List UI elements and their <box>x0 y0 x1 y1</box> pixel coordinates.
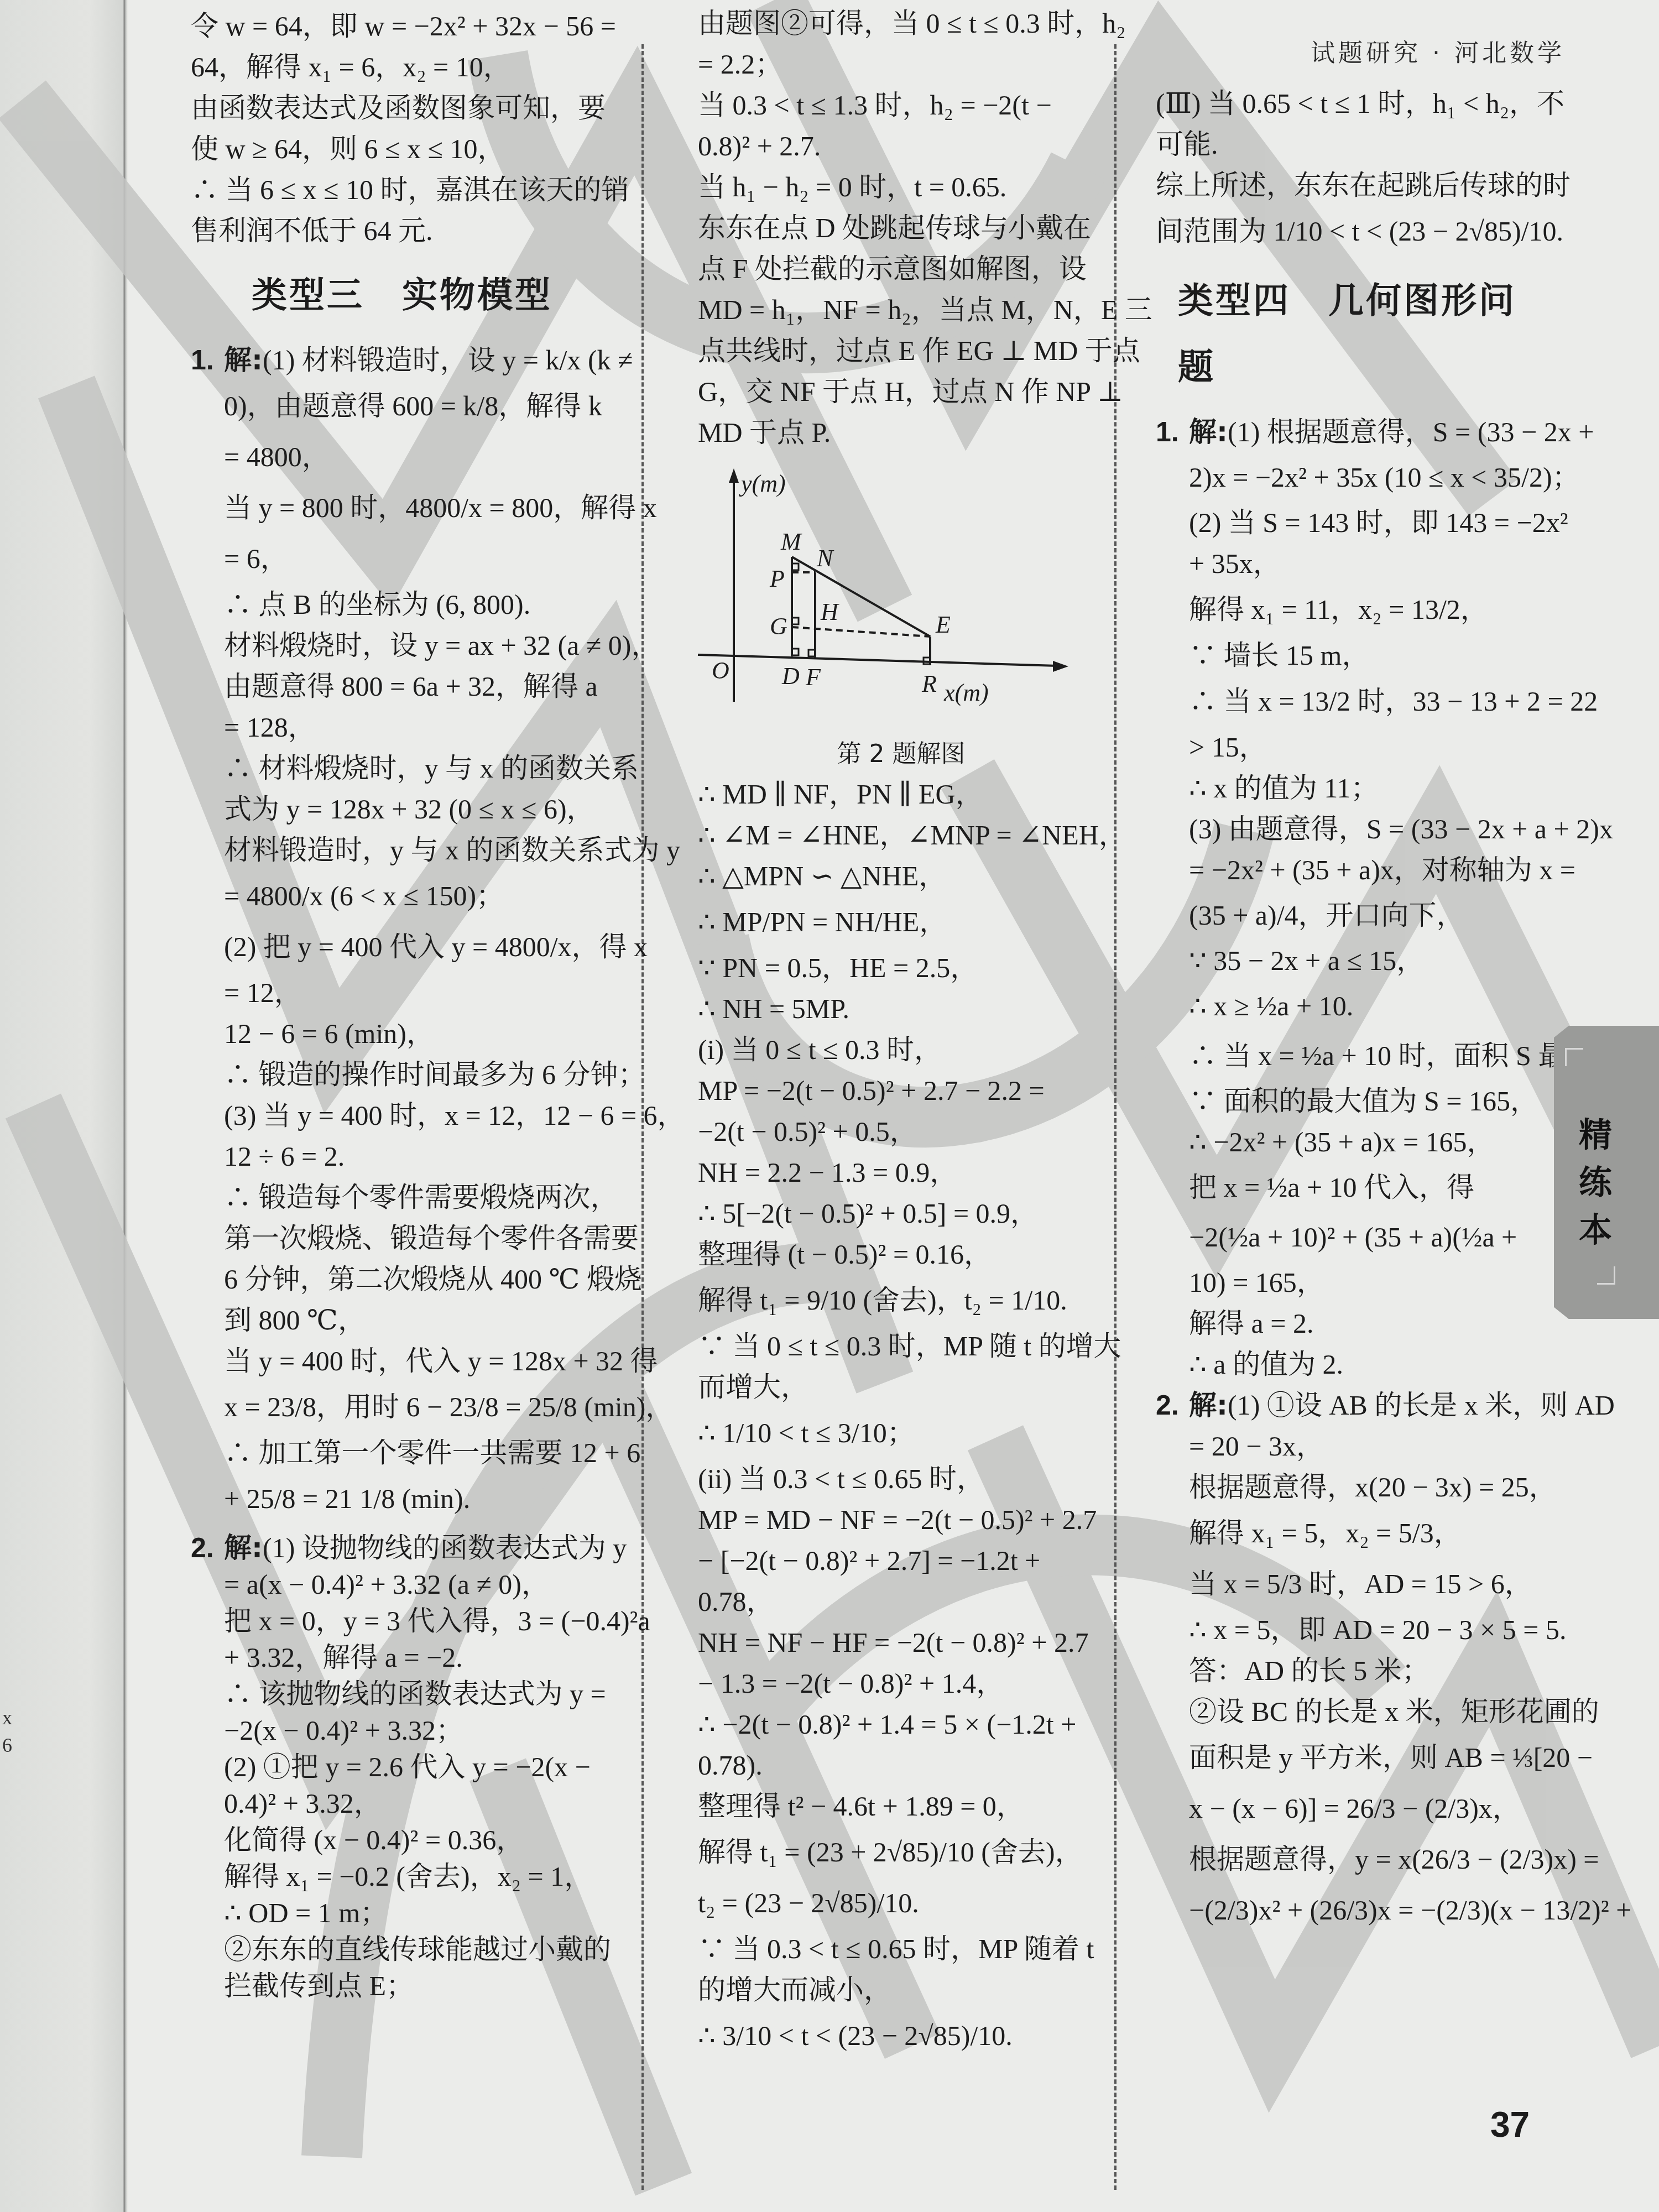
point-label-r: R <box>921 670 937 697</box>
text-line: ②设 BC 的长是 x 米，矩形花圃的 <box>1189 1691 1543 1732</box>
text-line: ∴ 当 x = ½a + 10 时，面积 S 最大， <box>1189 1031 1543 1081</box>
text-line: 6 分钟，第二次煅烧从 400 ℃ 煅烧 <box>224 1259 622 1300</box>
text-line: NH = 2.2 − 1.3 = 0.9， <box>698 1152 1115 1193</box>
point-label-e: E <box>935 611 951 638</box>
text-line: −2(½a + 10)² + (35 + a)(½a + <box>1189 1212 1543 1262</box>
text-line: 售利润不低于 64 元. <box>191 210 622 251</box>
text-line: 而增大， <box>698 1366 1115 1407</box>
text-line: 材料锻造时，y 与 x 的函数关系式为 y <box>224 830 622 870</box>
edge-mark: x <box>2 1706 12 1729</box>
text-line: (35 + a)/4，开口向下， <box>1189 890 1543 940</box>
text-line: 当 y = 400 时，代入 y = 128x + 32 得 <box>224 1340 622 1381</box>
text-line: 解得 t₁ = (23 + 2√85)/10 (舍去)， <box>698 1827 1115 1877</box>
text-line: ∴ 1/10 < t ≤ 3/10； <box>698 1407 1115 1458</box>
text-line: ∴ 锻造的操作时间最多为 6 分钟； <box>224 1054 622 1095</box>
text-line: 0)，由题意得 600 = k/8，解得 k <box>224 380 622 431</box>
point-label-o: O <box>712 657 729 684</box>
point-label-m: M <box>780 528 802 555</box>
text-line: > 15， <box>1189 727 1543 768</box>
question-1-solution: 1.解:(1) 材料锻造时，设 y = k/x (k ≠ 0)，由题意得 600… <box>191 340 622 1524</box>
book-spine-fold <box>123 0 126 2212</box>
text-line: 点共线时，过点 E 作 EG ⊥ MD 于点 <box>698 330 1115 371</box>
text-line: 由函数表达式及函数图象可知，要 <box>191 87 622 128</box>
text-line: MP = MD − NF = −2(t − 0.5)² + 2.7 <box>698 1499 1115 1540</box>
question-number: 1. <box>1156 411 1189 452</box>
text-line: ∴ 当 6 ≤ x ≤ 10 时，嘉淇在该天的销 <box>191 169 622 210</box>
text-line: 根据题意得，x(20 − 3x) = 25， <box>1189 1467 1543 1507</box>
text-line: 解得 x₁ = −0.2 (舍去)，x₂ = 1， <box>224 1858 622 1895</box>
text-line: ∵ 面积的最大值为 S = 165， <box>1189 1081 1543 1121</box>
question-1-solution: 1.解:(1) 根据题意得，S = (33 − 2x + 2)x = −2x² … <box>1156 411 1543 1385</box>
text-line: 的增大而减小， <box>698 1969 1115 2010</box>
text-line: 把 x = ½a + 10 代入，得 <box>1189 1162 1543 1212</box>
text-line: 64，解得 x₁ = 6，x₂ = 10， <box>191 46 622 87</box>
text-line: (2) ①把 y = 2.6 代入 y = −2(x − <box>224 1749 622 1785</box>
question-2-solution: 2.解:(1) 设抛物线的函数表达式为 y = a(x − 0.4)² + 3.… <box>191 1530 622 2004</box>
solution-figure: y(m) M N P H G E O D F R x(m) <box>692 458 1113 735</box>
text-line: ∴ 加工第一个零件一共需要 12 + 6 <box>224 1432 622 1473</box>
left-page-edge <box>0 0 127 2212</box>
point-label-h: H <box>820 598 839 625</box>
text-line: NH = NF − HF = −2(t − 0.8)² + 2.7 <box>698 1622 1115 1663</box>
text-line: G，交 NF 于点 H，过点 N 作 NP ⊥ <box>698 371 1115 412</box>
text-line: ∴ 锻造每个零件需要煅烧两次， <box>224 1177 622 1218</box>
text-line: ∴ 点 B 的坐标为 (6, 800). <box>224 584 622 625</box>
question-number: 1. <box>191 340 224 380</box>
solution-label: 解: <box>224 344 263 376</box>
text-line: ∴ OD = 1 m； <box>224 1895 622 1931</box>
text-line: ∴ NH = 5MP. <box>698 988 1115 1029</box>
text-line: ∵ 墙长 15 m， <box>1189 635 1543 676</box>
text-line: = −2x² + (35 + a)x，对称轴为 x = <box>1189 849 1543 890</box>
text-line: (1) ①设 AB 的长是 x 米，则 AD <box>1228 1390 1615 1421</box>
text-line: x = 23/8，用时 6 − 23/8 = 25/8 (min)， <box>224 1381 622 1432</box>
text-line: 解得 x₁ = 5，x₂ = 5/3， <box>1189 1507 1543 1558</box>
text-line: 0.4)² + 3.32， <box>224 1785 622 1822</box>
text-line: = 4800/x (6 < x ≤ 150)； <box>224 870 622 921</box>
text-line: ∴ 5[−2(t − 0.5)² + 0.5] = 0.9， <box>698 1193 1115 1234</box>
text-line: 当 h₁ − h₂ = 0 时，t = 0.65. <box>698 166 1115 207</box>
corner-bracket-icon <box>1597 1266 1615 1285</box>
question-number: 2. <box>191 1530 224 1566</box>
text-line: ∴ 材料煅烧时，y 与 x 的函数关系 <box>224 748 622 789</box>
text-line: ∴ a 的值为 2. <box>1189 1344 1543 1385</box>
text-line: 点 F 处拦截的示意图如解图，设 <box>698 248 1115 289</box>
text-line: 可能. <box>1156 124 1543 165</box>
text-line: − [−2(t − 0.8)² + 2.7] = −1.2t + <box>698 1540 1115 1581</box>
text-line: ∵ 当 0 ≤ t ≤ 0.3 时，MP 随 t 的增大 <box>698 1326 1115 1366</box>
text-line: 根据题意得，y = x(26/3 − (2/3)x) = <box>1189 1834 1543 1885</box>
text-line: = 20 − 3x， <box>1189 1426 1543 1467</box>
text-line: (2) 当 S = 143 时，即 143 = −2x² <box>1189 502 1543 543</box>
text-line: 间范围为 1/10 < t < (23 − 2√85)/10. <box>1156 206 1543 257</box>
text-line: − 1.3 = −2(t − 0.8)² + 1.4， <box>698 1663 1115 1704</box>
text-line: + 3.32，解得 a = −2. <box>224 1639 622 1676</box>
point-label-p: P <box>769 565 785 592</box>
text-line: 把 x = 0，y = 3 代入得，3 = (−0.4)²a <box>224 1603 622 1639</box>
section-title: 类型三 实物模型 <box>252 262 622 328</box>
text-line: −2(x − 0.4)² + 3.32； <box>224 1712 622 1749</box>
middle-column: 由题图②可得，当 0 ≤ t ≤ 0.3 时，h₂ = 2.2； 当 0.3 <… <box>698 3 1115 2061</box>
text-line: (1) 设抛物线的函数表达式为 y <box>263 1532 627 1563</box>
text-line: = 2.2； <box>698 44 1115 85</box>
page-number: 37 <box>1490 2104 1530 2145</box>
text-line: 东东在点 D 处跳起传球与小戴在 <box>698 207 1115 248</box>
text-line: 令 w = 64，即 w = −2x² + 32x − 56 = <box>191 6 622 46</box>
text-line: MD 于点 P. <box>698 412 1115 453</box>
text-line: 由题意得 800 = 6a + 32，解得 a <box>224 666 622 707</box>
text-line: −(2/3)x² + (26/3)x = −(2/3)(x − 13/2)² + <box>1189 1885 1543 1936</box>
section-tab-label: 精练本 <box>1571 1112 1620 1254</box>
text-line: ∵ PN = 0.5，HE = 2.5， <box>698 947 1115 988</box>
text-line: 0.8)² + 2.7. <box>698 126 1115 166</box>
text-line: ∴ 该抛物线的函数表达式为 y = <box>224 1676 622 1712</box>
point-label-g: G <box>770 613 787 640</box>
text-line: (Ⅲ) 当 0.65 < t ≤ 1 时，h₁ < h₂，不 <box>1156 83 1543 124</box>
text-line: + 35x， <box>1189 543 1543 584</box>
text-line: 面积是 y 平方米，则 AB = ⅓[20 − <box>1189 1732 1543 1783</box>
point-label-d: D <box>781 662 800 690</box>
text-line: 10) = 165， <box>1189 1262 1543 1303</box>
text-line: 式为 y = 128x + 32 (0 ≤ x ≤ 6)， <box>224 789 622 830</box>
solution-label: 解: <box>224 1532 263 1564</box>
text-line: 当 x = 5/3 时，AD = 15 > 6， <box>1189 1558 1543 1609</box>
text-line: 化简得 (x − 0.4)² = 0.36， <box>224 1822 622 1858</box>
text-line: ∴ x ≥ ½a + 10. <box>1189 981 1543 1031</box>
text-line: 12 − 6 = 6 (min)， <box>224 1013 622 1054</box>
text-line: ∴ −2(t − 0.8)² + 1.4 = 5 × (−1.2t + <box>698 1704 1115 1745</box>
text-line: ∴ ∠M = ∠HNE，∠MNP = ∠NEH， <box>698 815 1115 855</box>
text-line: (ii) 当 0.3 < t ≤ 0.65 时， <box>698 1458 1115 1499</box>
text-line: (2) 把 y = 400 代入 y = 4800/x，得 x <box>224 921 622 972</box>
corner-bracket-icon <box>1565 1048 1583 1066</box>
text-line: ∴ 3/10 < t < (23 − 2√85)/10. <box>698 2010 1115 2061</box>
text-line: ∴ MD ∥ NF，PN ∥ EG， <box>698 774 1115 815</box>
text-line: = 128， <box>224 707 622 748</box>
text-line: ∴ MP/PN = NH/HE， <box>698 896 1115 947</box>
text-line: 综上所述，东东在起跳后传球的时 <box>1156 165 1543 206</box>
section-title: 类型四 几何图形问题 <box>1178 268 1543 400</box>
left-column: 令 w = 64，即 w = −2x² + 32x − 56 = 64，解得 x… <box>191 6 622 2004</box>
geometry-diagram: y(m) M N P H G E O D F R x(m) <box>692 458 1113 724</box>
y-axis-label: y(m) <box>739 470 786 497</box>
text-line: MP = −2(t − 0.5)² + 2.7 − 2.2 = <box>698 1070 1115 1111</box>
text-line: 0.78). <box>698 1745 1115 1786</box>
figure-caption: 第 2 题解图 <box>687 735 1115 774</box>
text-line: + 25/8 = 21 1/8 (min). <box>224 1473 622 1524</box>
text-line: 解得 a = 2. <box>1189 1303 1543 1344</box>
text-line: 当 0.3 < t ≤ 1.3 时，h₂ = −2(t − <box>698 85 1115 126</box>
text-line: (1) 根据题意得，S = (33 − 2x + <box>1228 416 1594 447</box>
text-line: 0.78， <box>698 1581 1115 1622</box>
text-line: = 6， <box>224 533 622 584</box>
text-line: (3) 当 y = 400 时，x = 12，12 − 6 = 6， <box>224 1095 622 1136</box>
text-line: 解得 x₁ = 11，x₂ = 13/2， <box>1189 584 1543 635</box>
point-label-f: F <box>805 664 821 691</box>
text-line: ∴ x = 5，即 AD = 20 − 3 × 5 = 5. <box>1189 1609 1543 1650</box>
point-label-n: N <box>816 545 834 572</box>
text-line: 到 800 ℃， <box>224 1300 622 1340</box>
right-column: (Ⅲ) 当 0.65 < t ≤ 1 时，h₁ < h₂，不 可能. 综上所述，… <box>1156 83 1543 1936</box>
text-line: 12 ÷ 6 = 2. <box>224 1136 622 1177</box>
text-line: t₂ = (23 − 2√85)/10. <box>698 1877 1115 1928</box>
edge-mark: 6 <box>2 1734 12 1757</box>
running-header: 试题研究 · 河北数学 <box>1311 33 1565 69</box>
text-line: x − (x − 6)] = 26/3 − (2/3)x， <box>1189 1783 1543 1834</box>
text-line: 答：AD 的长 5 米； <box>1189 1650 1543 1691</box>
text-line: ∵ 35 − 2x + a ≤ 15， <box>1189 940 1543 981</box>
text-line: 解得 t₁ = 9/10 (舍去)，t₂ = 1/10. <box>698 1275 1115 1326</box>
text-line: −2(t − 0.5)² + 0.5， <box>698 1111 1115 1152</box>
text-line: 第一次煅烧、锻造每个零件各需要 <box>224 1218 622 1259</box>
text-line: 使 w ≥ 64，则 6 ≤ x ≤ 10， <box>191 128 622 169</box>
text-line: 由题图②可得，当 0 ≤ t ≤ 0.3 时，h₂ <box>698 3 1115 44</box>
text-line: 拦截传到点 E； <box>224 1968 622 2004</box>
text-line: 材料煅烧时，设 y = ax + 32 (a ≠ 0)， <box>224 625 622 666</box>
x-axis-label: x(m) <box>943 679 989 706</box>
question-2-solution: 2.解:(1) ①设 AB 的长是 x 米，则 AD = 20 − 3x， 根据… <box>1156 1385 1543 1936</box>
solution-label: 解: <box>1189 1389 1228 1421</box>
text-line: = 12， <box>224 972 622 1013</box>
text-line: 整理得 (t − 0.5)² = 0.16， <box>698 1234 1115 1275</box>
text-line: = a(x − 0.4)² + 3.32 (a ≠ 0)， <box>224 1566 622 1603</box>
text-line: = 4800， <box>224 431 622 482</box>
text-line: ∴ −2x² + (35 + a)x = 165， <box>1189 1121 1543 1162</box>
question-number: 2. <box>1156 1385 1189 1426</box>
text-line: (3) 由题意得，S = (33 − 2x + a + 2)x <box>1189 808 1543 849</box>
text-line: ∴ 当 x = 13/2 时，33 − 13 + 2 = 22 <box>1189 676 1543 727</box>
text-line: 整理得 t² − 4.6t + 1.89 = 0， <box>698 1786 1115 1827</box>
text-line: ∴ x 的值为 11； <box>1189 768 1543 808</box>
text-line: ∴ △MPN ∽ △NHE， <box>698 855 1115 896</box>
text-line: 2)x = −2x² + 35x (10 ≤ x < 35/2)； <box>1189 452 1543 502</box>
text-line: ∵ 当 0.3 < t ≤ 0.65 时，MP 随着 t <box>698 1928 1115 1969</box>
text-line: (i) 当 0 ≤ t ≤ 0.3 时， <box>698 1029 1115 1070</box>
text-line: (1) 材料锻造时，设 y = k/x (k ≠ <box>263 345 633 375</box>
text-line: MD = h₁，NF = h₂，当点 M，N，E 三 <box>698 289 1115 330</box>
solution-label: 解: <box>1189 416 1228 448</box>
text-line: 当 y = 800 时，4800/x = 800，解得 x <box>224 482 622 533</box>
text-line: ②东东的直线传球能越过小戴的 <box>224 1931 622 1968</box>
